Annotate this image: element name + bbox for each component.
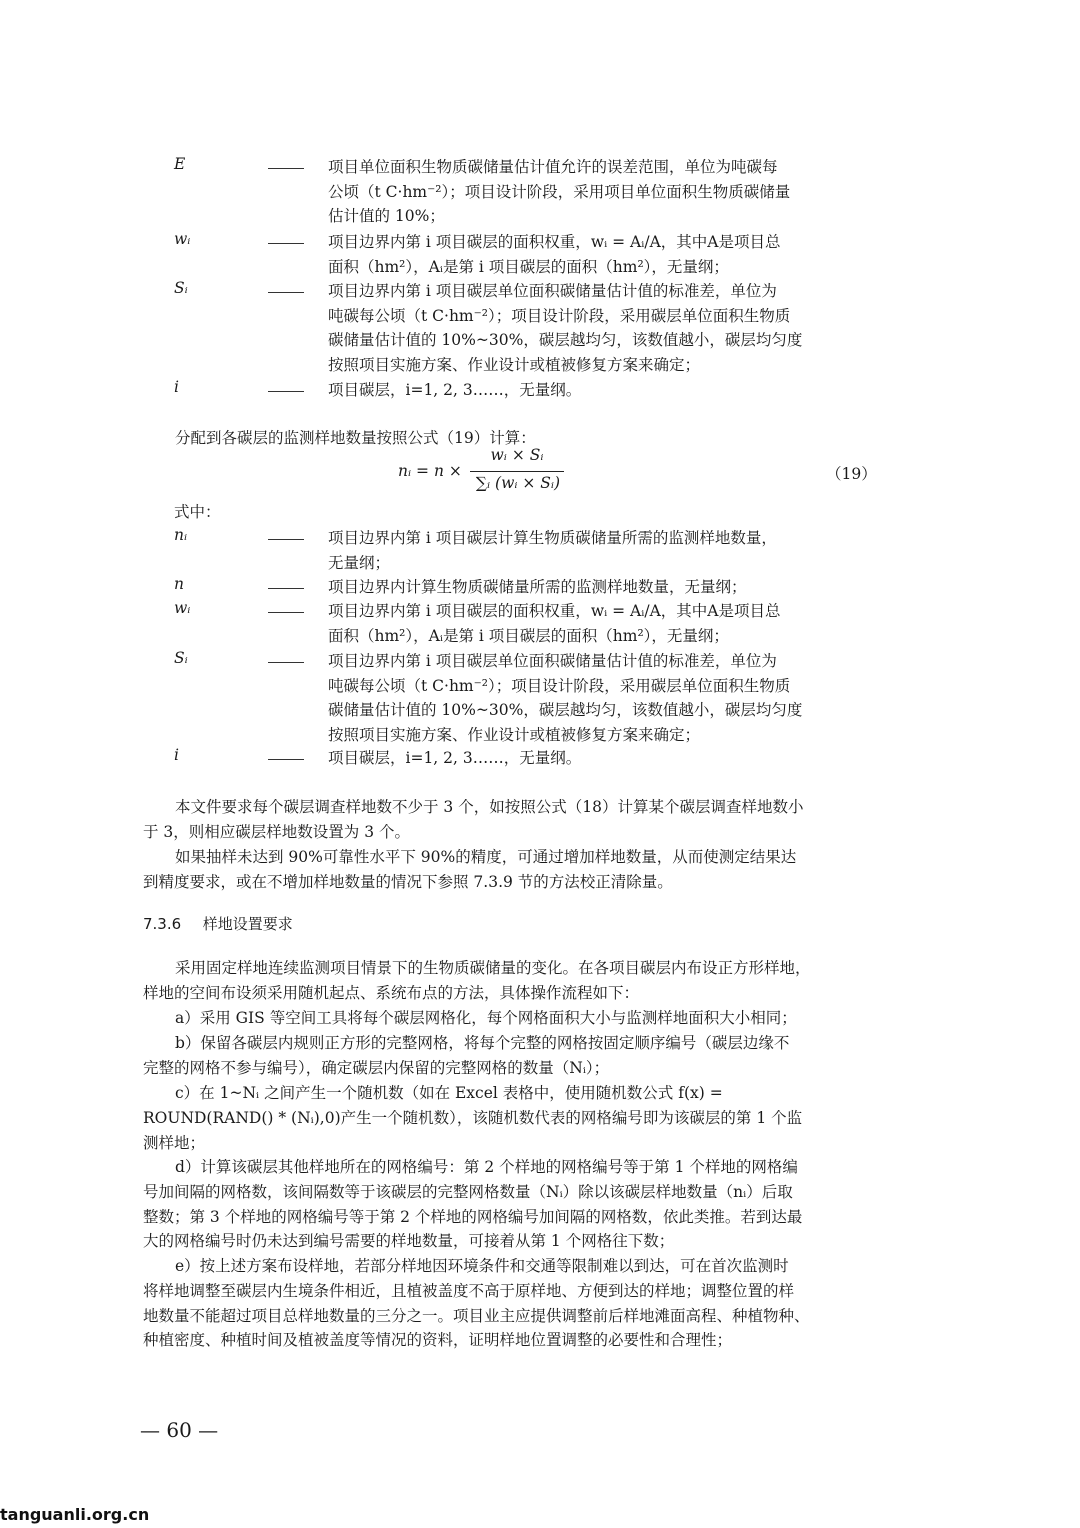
dash	[268, 168, 304, 169]
dash	[268, 759, 304, 760]
dash	[268, 612, 304, 613]
formula-lhs: nᵢ = n ×	[398, 462, 462, 480]
symbol: i	[174, 746, 179, 764]
symbol: i	[174, 378, 179, 396]
fraction-bar	[470, 471, 564, 472]
symbol: n	[174, 575, 184, 593]
dash	[268, 391, 304, 392]
symbol: nᵢ	[174, 526, 187, 544]
step-e: e）按上述方案布设样地，若部分样地因环境条件和交通等限制难以到达，可在首次监测时…	[143, 1254, 953, 1353]
symbol: wᵢ	[174, 599, 190, 617]
page-number: — 60 —	[140, 1418, 218, 1442]
definition-text: 项目边界内第 i 项目碳层的面积权重，wᵢ = Aᵢ/A，其中A是项目总 面积（…	[328, 599, 888, 648]
formula-number: （19）	[826, 462, 877, 484]
step-d: d）计算该碳层其他样地所在的网格编号：第 2 个样地的网格编号等于第 1 个样地…	[143, 1155, 953, 1254]
dash	[268, 539, 304, 540]
watermark: tanguanli.org.cn	[0, 1505, 149, 1524]
definition-text: 项目边界内第 i 项目碳层的面积权重，wᵢ = Aᵢ/A，其中A是项目总 面积（…	[328, 230, 888, 279]
symbol: E	[174, 155, 185, 173]
where-label: 式中：	[174, 500, 221, 524]
definition-text: 项目碳层，i=1, 2, 3……，无量纲。	[328, 378, 888, 403]
dash	[268, 243, 304, 244]
dash	[268, 292, 304, 293]
step-c: c）在 1~Nᵢ 之间产生一个随机数（如在 Excel 表格中，使用随机数公式 …	[143, 1081, 953, 1155]
definition-text: 项目边界内计算生物质碳储量所需的监测样地数量，无量纲；	[328, 575, 888, 600]
formula-numerator: wᵢ × Sᵢ	[470, 446, 564, 464]
definition-text: 项目边界内第 i 项目碳层单位面积碳储量估计值的标准差，单位为 吨碳每公顷（t …	[328, 279, 888, 377]
symbol: Sᵢ	[174, 649, 188, 667]
paragraph-precision: 如果抽样未达到 90%可靠性水平下 90%的精度，可通过增加样地数量，从而使测定…	[143, 845, 953, 895]
definition-text: 项目单位面积生物质碳储量估计值允许的误差范围，单位为吨碳每 公顷（t C·hm⁻…	[328, 155, 888, 229]
definition-text: 项目边界内第 i 项目碳层计算生物质碳储量所需的监测样地数量， 无量纲；	[328, 526, 888, 575]
section-number: 7.3.6	[143, 915, 181, 933]
section-heading: 7.3.6 样地设置要求	[143, 913, 293, 934]
symbol: wᵢ	[174, 230, 190, 248]
formula-denominator: ∑ᵢ (wᵢ × Sᵢ)	[468, 474, 568, 492]
paragraph-min-plots: 本文件要求每个碳层调查样地数不少于 3 个，如按照公式（18）计算某个碳层调查样…	[143, 795, 953, 845]
dash	[268, 588, 304, 589]
section-title: 样地设置要求	[203, 915, 293, 933]
step-b: b）保留各碳层内规则正方形的完整网格，将每个完整的网格按固定顺序编号（碳层边缘不…	[143, 1031, 953, 1081]
definition-text: 项目碳层，i=1, 2, 3……，无量纲。	[328, 746, 888, 771]
dash	[268, 662, 304, 663]
step-a: a）采用 GIS 等空间工具将每个碳层网格化，每个网格面积大小与监测样地面积大小…	[143, 1006, 953, 1031]
symbol: Sᵢ	[174, 279, 188, 297]
paragraph-plot-layout: 采用固定样地连续监测项目情景下的生物质碳储量的变化。在各项目碳层内布设正方形样地…	[143, 956, 953, 1006]
definition-text: 项目边界内第 i 项目碳层单位面积碳储量估计值的标准差，单位为 吨碳每公顷（t …	[328, 649, 888, 747]
